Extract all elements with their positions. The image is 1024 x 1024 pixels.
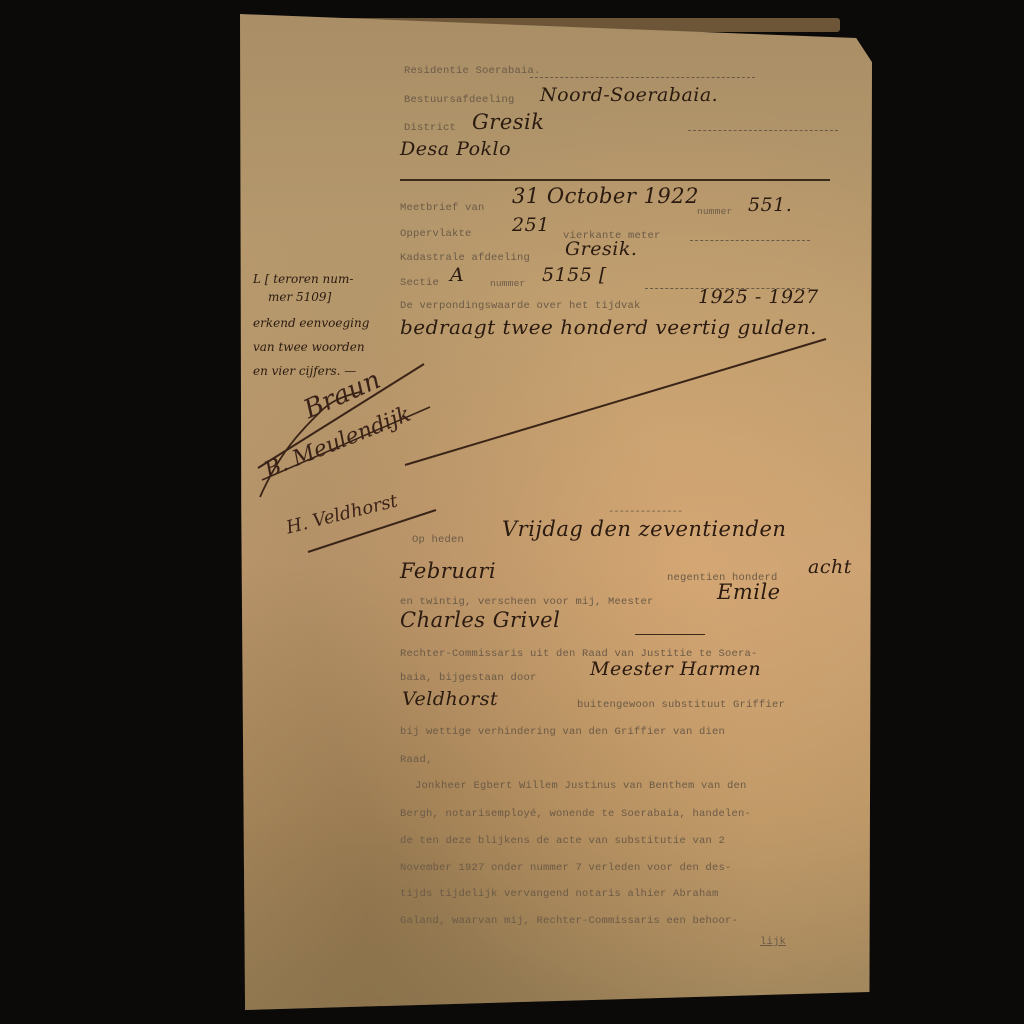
- body-hand: Vrijdag den zeventienden: [502, 517, 786, 541]
- body-line: Galand, waarvan mij, Rechter-Commissaris…: [400, 915, 738, 927]
- body-hand: Meester Harmen: [590, 658, 761, 680]
- body-line: baia, bijgestaan door: [400, 672, 537, 684]
- body-line: buitengewoon substituut Griffier: [577, 699, 785, 711]
- body-line: bij wettige verhindering van den Griffie…: [400, 726, 725, 738]
- body-line: November 1927 onder nummer 7 verleden vo…: [400, 862, 732, 874]
- body-hand: Emile: [717, 580, 781, 604]
- body-hand: Veldhorst: [402, 688, 498, 710]
- body-hand: Charles Grivel: [400, 608, 560, 632]
- body-hand: acht: [808, 556, 852, 578]
- fill-line: [635, 634, 705, 635]
- body-line: Jonkheer Egbert Willem Justinus van Bent…: [415, 780, 747, 792]
- document-page: Residentie Soerabaia. Bestuursafdeeling …: [240, 12, 872, 1014]
- body-line: de ten deze blijkens de acte van substit…: [400, 835, 725, 847]
- body-line: en twintig, verscheen voor mij, Meester: [400, 596, 654, 608]
- cancellation-line: [405, 339, 826, 465]
- body-line: Raad,: [400, 754, 433, 766]
- body-hand: Februari: [400, 559, 496, 583]
- body-line: Op heden: [412, 534, 464, 546]
- catchword: lijk: [760, 936, 786, 948]
- body-line: tijds tijdelijk vervangend notaris alhie…: [400, 888, 719, 900]
- body-line: Bergh, notarisemployé, wonende te Soerab…: [400, 808, 751, 820]
